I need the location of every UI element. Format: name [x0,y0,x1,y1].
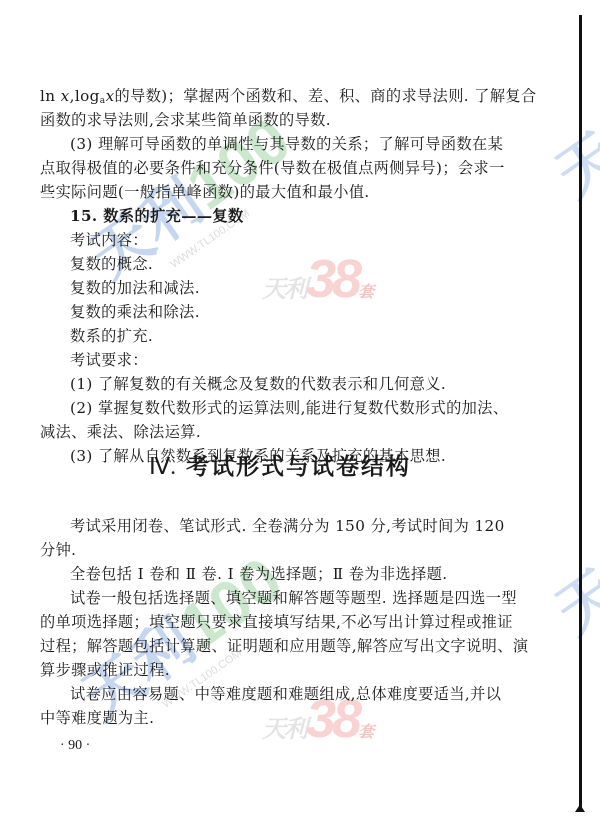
text-line: 中等难度题为主. [40,706,522,730]
content-item: 数系的扩充. [40,324,522,348]
text-line: 全卷包括 Ⅰ 卷和 Ⅱ 卷. Ⅰ 卷为选择题；Ⅱ 卷为非选择题. [40,562,522,586]
section4-body: 考试采用闭卷、笔试形式. 全卷满分为 150 分,考试时间为 120 分钟. 全… [40,514,522,730]
content-label: 考试内容： [40,228,522,252]
requirement-item-continued: 减法、乘法、除法运算. [40,420,522,444]
content-item: 复数的加法和减法. [40,276,522,300]
text-line: 的单项选择题；填空题只要求直接填写结果,不必写出计算过程或推证 [40,610,522,634]
content-item: 复数的概念. [40,252,522,276]
text-line: ln x,logax的导数)；掌握两个函数和、差、积、商的求导法则. 了解复合 [40,84,522,108]
text-line: (3) 理解可导函数的单调性与其导数的关系；了解可导函数在某 [40,132,522,156]
text-line: 试卷一般包括选择题、填空题和解答题等题型. 选择题是四选一型 [40,586,522,610]
content-item: 复数的乘法和除法. [40,300,522,324]
section-title: Ⅳ. 考试形式与试卷结构 [0,448,560,481]
section15-continuation: ln x,logax的导数)；掌握两个函数和、差、积、商的求导法则. 了解复合 … [40,84,522,204]
section15: 15. 数系的扩充——复数 考试内容： 复数的概念. 复数的加法和减法. 复数的… [40,204,522,468]
text-line: 些实际问题(一般指单峰函数)的最大值和最小值. [40,180,522,204]
page-number: · 90 · [60,738,90,754]
page-edge-rule [579,15,582,812]
page-edge-rule-foot [575,806,585,812]
text-line: 函数的求导法则,会求某些简单函数的导数. [40,108,522,132]
requirement-item: (1) 了解复数的有关概念及复数的代数表示和几何意义. [40,372,522,396]
text-line: 过程；解答题包括计算题、证明题和应用题等,解答应写出文字说明、演 [40,634,522,658]
requirements-label: 考试要求： [40,348,522,372]
text-line: 算步骤或推证过程. [40,658,522,682]
requirement-item: (2) 掌握复数代数形式的运算法则,能进行复数代数形式的加法、 [40,396,522,420]
text-line: 点取得极值的必要条件和充分条件(导数在极值点两侧异号)；会求一 [40,156,522,180]
edge-watermark-top: 天 [536,109,600,214]
text-line: 试卷应由容易题、中等难度题和难题组成,总体难度要适当,并以 [40,682,522,706]
edge-watermark-bottom: 天 [536,546,600,651]
text-line: 分钟. [40,538,522,562]
text-line: 考试采用闭卷、笔试形式. 全卷满分为 150 分,考试时间为 120 [40,514,522,538]
document-page: 天利100 WWW.TL100.COM 天利100 WWW.TL100.COM … [0,0,600,822]
section-title-text: 考试形式与试卷结构 [186,453,411,480]
section-roman-numeral: Ⅳ. [149,454,176,479]
section-heading: 15. 数系的扩充——复数 [40,204,522,228]
